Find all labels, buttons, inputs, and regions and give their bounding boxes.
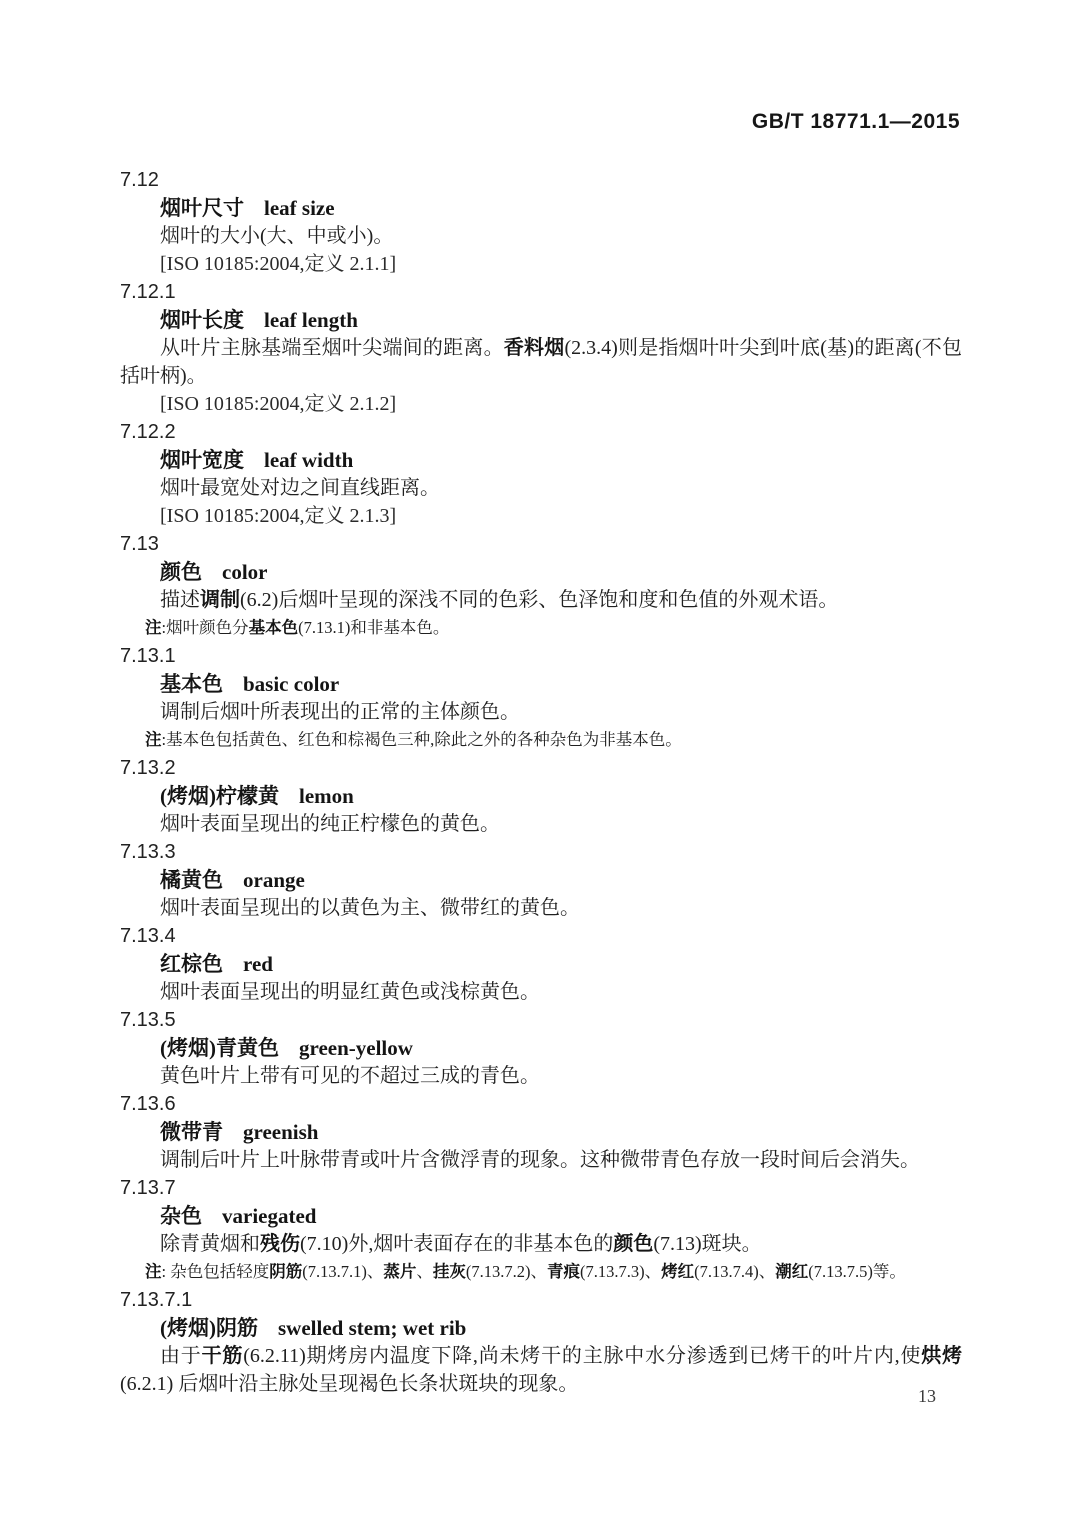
bold-term: 烤红	[661, 1262, 694, 1281]
section-number: 7.13.1	[120, 642, 962, 670]
term-heading: 基本色basic color	[120, 670, 962, 698]
text-run: (7.13.7.1)、	[302, 1262, 383, 1281]
text-run: (7.13.1)和非基本色。	[298, 618, 449, 637]
bold-term: 阴筋	[269, 1262, 302, 1281]
text-run: : 杂色包括轻度	[162, 1262, 270, 1281]
text-run: :烟叶颜色分	[162, 618, 249, 637]
text-run: :基本色包括黄色、红色和棕褐色三种,除此之外的各种杂色为非基本色。	[162, 730, 682, 749]
term-english: color	[222, 560, 267, 584]
text-run: (7.13.7.4)、	[694, 1262, 775, 1281]
bold-term: 香料烟	[504, 337, 565, 359]
definition-text: 烟叶表面呈现出的以黄色为主、微带红的黄色。	[120, 894, 962, 922]
definition-text: 烟叶表面呈现出的纯正柠檬色的黄色。	[120, 810, 962, 838]
text-run: (6.2)后烟叶呈现的深浅不同的色彩、色泽饱和度和色值的外观术语。	[240, 589, 838, 611]
term-section: 7.12.1烟叶长度leaf length从叶片主脉基端至烟叶尖端间的距离。香料…	[120, 278, 962, 418]
bold-term: 潮红	[775, 1262, 808, 1281]
section-number: 7.13.2	[120, 754, 962, 782]
text-run: 描述	[160, 589, 200, 611]
definition-text: 烟叶表面呈现出的明显红黄色或浅棕黄色。	[120, 978, 962, 1006]
term-heading: 烟叶长度leaf length	[120, 306, 962, 334]
bold-term: 挂灰	[433, 1262, 466, 1281]
term-english: leaf length	[264, 308, 358, 332]
text-run: 烟叶表面呈现出的以黄色为主、微带红的黄色。	[160, 897, 580, 919]
term-english: lemon	[299, 784, 354, 808]
text-run: 调制后叶片上叶脉带青或叶片含微浮青的现象。这种微带青色存放一段时间后会消失。	[160, 1149, 920, 1171]
term-english: basic color	[243, 672, 339, 696]
term-section: 7.13.2(烤烟)柠檬黄lemon烟叶表面呈现出的纯正柠檬色的黄色。	[120, 754, 962, 838]
text-run: 烟叶表面呈现出的纯正柠檬色的黄色。	[160, 813, 500, 835]
section-number: 7.12.1	[120, 278, 962, 306]
section-number: 7.13.5	[120, 1006, 962, 1034]
term-section: 7.12.2烟叶宽度leaf width烟叶最宽处对边之间直线距离。[ISO 1…	[120, 418, 962, 530]
note-text: 注:烟叶颜色分基本色(7.13.1)和非基本色。	[120, 614, 962, 642]
term-chinese: 橘黄色	[160, 868, 223, 892]
definition-text: 由于干筋(6.2.11)期烤房内温度下降,尚未烤干的主脉中水分渗透到已烤干的叶片…	[120, 1342, 962, 1398]
term-chinese: 微带青	[160, 1120, 223, 1144]
term-section: 7.13.7杂色variegated除青黄烟和残伤(7.10)外,烟叶表面存在的…	[120, 1174, 962, 1286]
term-section: 7.12烟叶尺寸leaf size烟叶的大小(大、中或小)。[ISO 10185…	[120, 166, 962, 278]
iso-reference: [ISO 10185:2004,定义 2.1.2]	[120, 390, 962, 418]
iso-reference: [ISO 10185:2004,定义 2.1.3]	[120, 502, 962, 530]
standard-number: GB/T 18771.1—2015	[752, 110, 960, 134]
bold-term: 残伤	[260, 1233, 300, 1255]
iso-reference: [ISO 10185:2004,定义 2.1.1]	[120, 250, 962, 278]
definition-text: 烟叶的大小(大、中或小)。	[120, 222, 962, 250]
bold-term: 烘烤	[921, 1345, 962, 1367]
text-run: 调制后烟叶所表现出的正常的主体颜色。	[160, 701, 520, 723]
term-section: 7.13.4红棕色red烟叶表面呈现出的明显红黄色或浅棕黄色。	[120, 922, 962, 1006]
document-page: GB/T 18771.1—2015 7.12烟叶尺寸leaf size烟叶的大小…	[0, 0, 1080, 1528]
term-heading: 杂色variegated	[120, 1202, 962, 1230]
term-english: red	[243, 952, 273, 976]
section-number: 7.13	[120, 530, 962, 558]
term-english: leaf size	[264, 196, 335, 220]
section-number: 7.13.4	[120, 922, 962, 950]
term-chinese: 烟叶尺寸	[160, 196, 244, 220]
term-section: 7.13.6微带青greenish调制后叶片上叶脉带青或叶片含微浮青的现象。这种…	[120, 1090, 962, 1174]
term-heading: 红棕色red	[120, 950, 962, 978]
section-number: 7.13.7.1	[120, 1286, 962, 1314]
term-heading: 微带青greenish	[120, 1118, 962, 1146]
bold-term: 注	[145, 1262, 162, 1281]
term-heading: 烟叶宽度leaf width	[120, 446, 962, 474]
section-number: 7.12	[120, 166, 962, 194]
text-run: (7.13.7.3)、	[580, 1262, 661, 1281]
term-english: orange	[243, 868, 305, 892]
term-section: 7.13.3橘黄色orange烟叶表面呈现出的以黄色为主、微带红的黄色。	[120, 838, 962, 922]
term-chinese: 颜色	[160, 560, 202, 584]
bold-term: 注	[145, 618, 162, 637]
term-english: variegated	[222, 1204, 316, 1228]
bold-term: 基本色	[249, 618, 299, 637]
note-text: 注:基本色包括黄色、红色和棕褐色三种,除此之外的各种杂色为非基本色。	[120, 726, 962, 754]
term-chinese: 烟叶长度	[160, 308, 244, 332]
term-english: swelled stem; wet rib	[278, 1316, 466, 1340]
term-chinese: (烤烟)阴筋	[160, 1316, 258, 1340]
term-english: green-yellow	[299, 1036, 413, 1060]
text-run: (7.10)外,烟叶表面存在的非基本色的	[300, 1233, 613, 1255]
term-heading: 颜色color	[120, 558, 962, 586]
terms-definitions-list: 7.12烟叶尺寸leaf size烟叶的大小(大、中或小)。[ISO 10185…	[120, 166, 962, 1398]
term-english: leaf width	[264, 448, 353, 472]
bold-term: 蒸片	[383, 1262, 416, 1281]
text-run: (7.13.7.5)等。	[808, 1262, 906, 1281]
term-english: greenish	[243, 1120, 318, 1144]
bold-term: 青痕	[547, 1262, 580, 1281]
definition-text: 烟叶最宽处对边之间直线距离。	[120, 474, 962, 502]
term-chinese: (烤烟)青黄色	[160, 1036, 279, 1060]
term-section: 7.13.5(烤烟)青黄色green-yellow黄色叶片上带有可见的不超过三成…	[120, 1006, 962, 1090]
text-run: 、	[416, 1262, 433, 1281]
text-run: (7.13.7.2)、	[466, 1262, 547, 1281]
term-chinese: 红棕色	[160, 952, 223, 976]
section-number: 7.13.3	[120, 838, 962, 866]
text-run: 由于	[160, 1345, 202, 1367]
definition-text: 黄色叶片上带有可见的不超过三成的青色。	[120, 1062, 962, 1090]
text-run: (7.13)斑块。	[653, 1233, 761, 1255]
section-number: 7.13.6	[120, 1090, 962, 1118]
definition-text: 调制后烟叶所表现出的正常的主体颜色。	[120, 698, 962, 726]
section-number: 7.12.2	[120, 418, 962, 446]
term-chinese: 基本色	[160, 672, 223, 696]
text-run: 烟叶最宽处对边之间直线距离。	[160, 477, 440, 499]
definition-text: 除青黄烟和残伤(7.10)外,烟叶表面存在的非基本色的颜色(7.13)斑块。	[120, 1230, 962, 1258]
definition-text: 描述调制(6.2)后烟叶呈现的深浅不同的色彩、色泽饱和度和色值的外观术语。	[120, 586, 962, 614]
page-number: 13	[918, 1386, 936, 1407]
bold-term: 干筋	[202, 1345, 244, 1367]
term-heading: (烤烟)阴筋swelled stem; wet rib	[120, 1314, 962, 1342]
term-chinese: 烟叶宽度	[160, 448, 244, 472]
term-heading: 橘黄色orange	[120, 866, 962, 894]
definition-text: 调制后叶片上叶脉带青或叶片含微浮青的现象。这种微带青色存放一段时间后会消失。	[120, 1146, 962, 1174]
text-run: (6.2.1) 后烟叶沿主脉处呈现褐色长条状斑块的现象。	[120, 1373, 578, 1395]
text-run: (6.2.11)期烤房内温度下降,尚未烤干的主脉中水分渗透到已烤干的叶片内,使	[243, 1345, 921, 1367]
term-heading: (烤烟)柠檬黄lemon	[120, 782, 962, 810]
text-run: 黄色叶片上带有可见的不超过三成的青色。	[160, 1065, 540, 1087]
text-run: 除青黄烟和	[160, 1233, 260, 1255]
term-chinese: (烤烟)柠檬黄	[160, 784, 279, 808]
term-section: 7.13.7.1(烤烟)阴筋swelled stem; wet rib由于干筋(…	[120, 1286, 962, 1398]
note-text: 注: 杂色包括轻度阴筋(7.13.7.1)、蒸片、挂灰(7.13.7.2)、青痕…	[120, 1258, 962, 1286]
term-section: 7.13.1基本色basic color调制后烟叶所表现出的正常的主体颜色。注:…	[120, 642, 962, 754]
bold-term: 注	[145, 730, 162, 749]
term-chinese: 杂色	[160, 1204, 202, 1228]
term-heading: (烤烟)青黄色green-yellow	[120, 1034, 962, 1062]
bold-term: 颜色	[613, 1233, 653, 1255]
term-section: 7.13颜色color描述调制(6.2)后烟叶呈现的深浅不同的色彩、色泽饱和度和…	[120, 530, 962, 642]
text-run: 烟叶的大小(大、中或小)。	[160, 225, 393, 247]
text-run: 从叶片主脉基端至烟叶尖端间的距离。	[160, 337, 504, 359]
definition-text: 从叶片主脉基端至烟叶尖端间的距离。香料烟(2.3.4)则是指烟叶叶尖到叶底(基)…	[120, 334, 962, 390]
bold-term: 调制	[200, 589, 240, 611]
section-number: 7.13.7	[120, 1174, 962, 1202]
text-run: 烟叶表面呈现出的明显红黄色或浅棕黄色。	[160, 981, 540, 1003]
term-heading: 烟叶尺寸leaf size	[120, 194, 962, 222]
